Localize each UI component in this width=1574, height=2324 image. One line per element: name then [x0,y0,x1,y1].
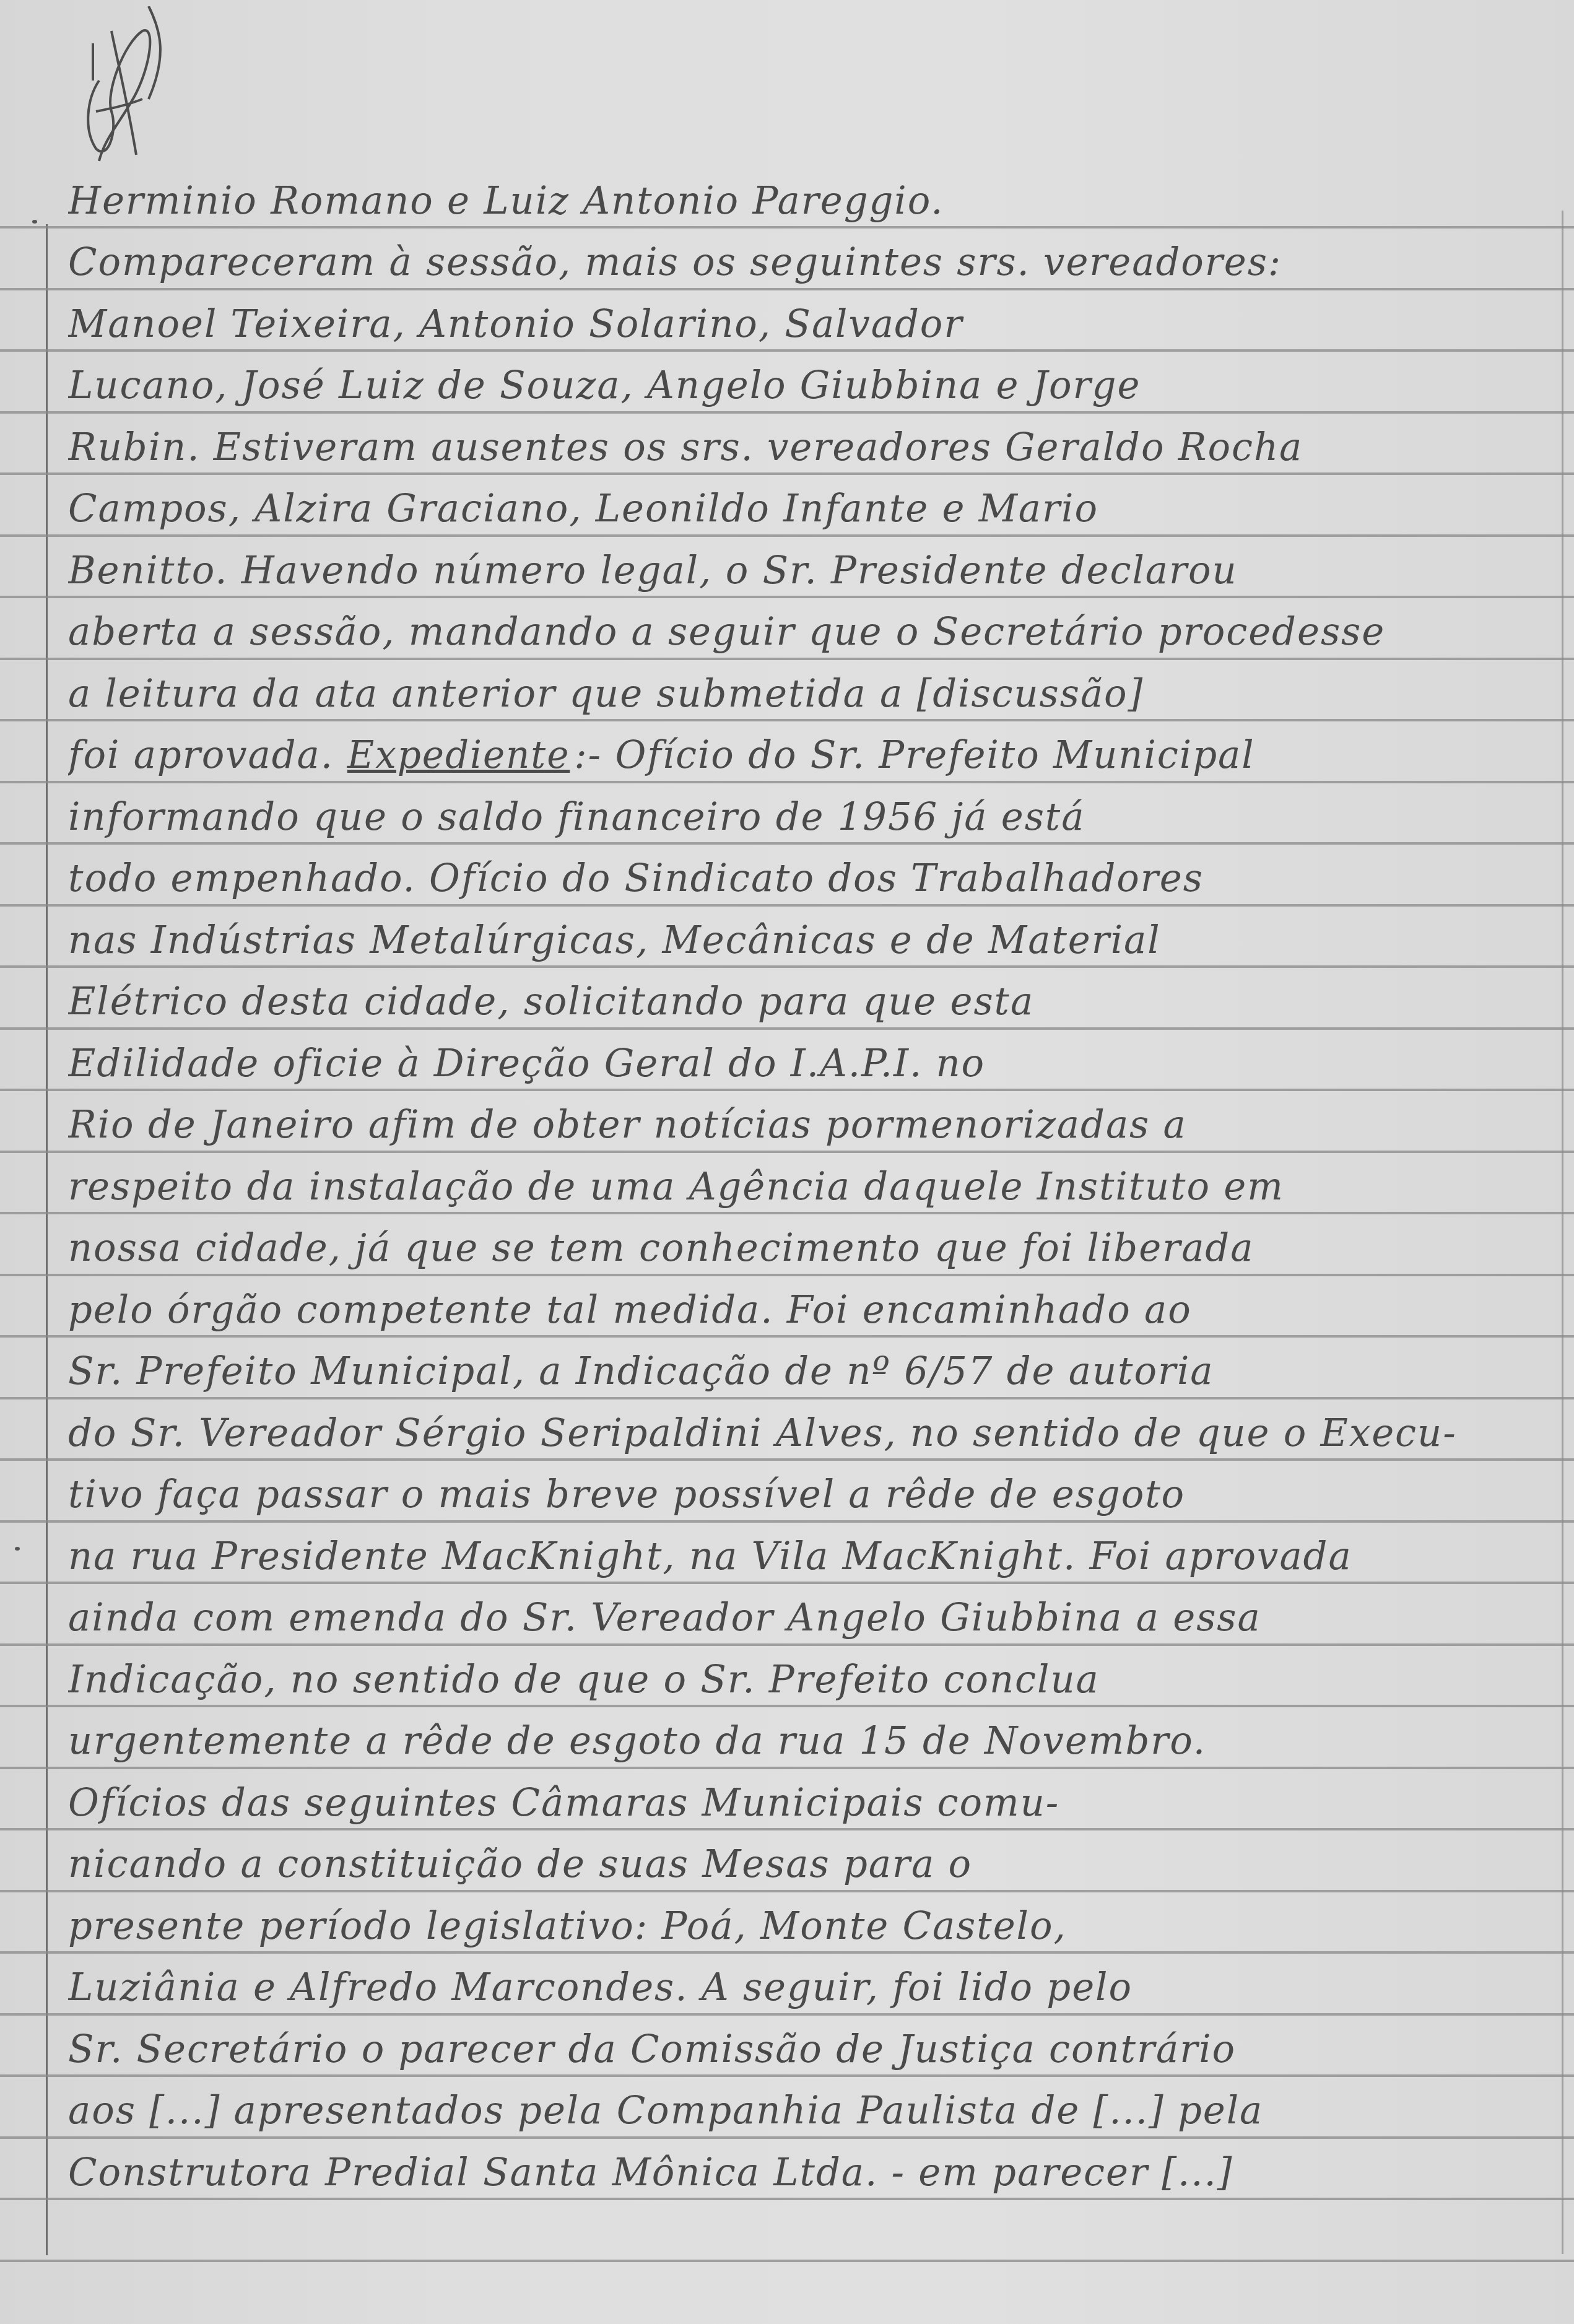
line-text: do Sr. Vereador Sérgio Seripaldini Alves… [68,1410,1457,1455]
line-text: Sr. Prefeito Municipal, a Indicação de n… [68,1348,1214,1393]
manuscript-line: Edilidade oficie à Direção Geral do I.A.… [68,1027,1554,1089]
line-text: pelo órgão competente tal medida. Foi en… [68,1287,1192,1332]
manuscript-line: Sr. Secretário o parecer da Comissão de … [68,2013,1554,2075]
line-text: Edilidade oficie à Direção Geral do I.A.… [68,1040,985,1086]
manuscript-line: Compareceram à sessão, mais os seguintes… [68,226,1554,288]
margin-mark [32,220,37,224]
manuscript-line: Rio de Janeiro afim de obter notícias po… [68,1089,1554,1151]
manuscript-line: Rubin. Estiveram ausentes os srs. veread… [68,411,1554,473]
manuscript-line: tivo faça passar o mais breve possível a… [68,1458,1554,1520]
line-text: Sr. Secretário o parecer da Comissão de … [68,2026,1236,2071]
line-text: Herminio Romano e Luiz Antonio Pareggio. [68,178,944,223]
line-text: a leitura da ata anterior que submetida … [68,671,1144,716]
manuscript-line: Manoel Teixeira, Antonio Solarino, Salva… [68,288,1554,350]
line-text: Elétrico desta cidade, solicitando para … [68,978,1034,1024]
signature-flourish-icon [74,6,173,180]
line-text: aos [...] apresentados pela Companhia Pa… [68,2087,1263,2133]
line-text: respeito da instalação de uma Agência da… [68,1164,1284,1209]
line-text: na rua Presidente MacKnight, na Vila Mac… [68,1533,1352,1578]
line-text: ainda com emenda do Sr. Vereador Angelo … [68,1595,1261,1640]
line-text: Luziânia e Alfredo Marcondes. A seguir, … [68,1964,1133,2009]
manuscript-line: urgentemente a rêde de esgoto da rua 15 … [68,1705,1554,1767]
manuscript-line: a leitura da ata anterior que submetida … [68,658,1554,720]
line-text: Compareceram à sessão, mais os seguintes… [68,239,1282,284]
line-text: nas Indústrias Metalúrgicas, Mecânicas e… [68,917,1161,962]
manuscript-line: nicando a constituição de suas Mesas par… [68,1828,1554,1890]
manuscript-line: foi aprovada. Expediente:- Ofício do Sr.… [68,719,1554,781]
line-text: Campos, Alzira Graciano, Leonildo Infant… [68,485,1098,531]
line-text: todo empenhado. Ofício do Sindicato dos … [68,855,1204,900]
manuscript-line: respeito da instalação de uma Agência da… [68,1151,1554,1212]
manuscript-line: ainda com emenda do Sr. Vereador Angelo … [68,1582,1554,1643]
line-text: informando que o saldo financeiro de 195… [68,794,1085,839]
manuscript-line: todo empenhado. Ofício do Sindicato dos … [68,842,1554,904]
line-text: Construtora Predial Santa Mônica Ltda. -… [68,2149,1233,2195]
line-text: tivo faça passar o mais breve possível a… [68,1471,1185,1517]
ruling-line [0,2198,1574,2200]
manuscript-line: Sr. Prefeito Municipal, a Indicação de n… [68,1335,1554,1397]
line-text: Rubin. Estiveram ausentes os srs. veread… [68,424,1303,469]
line-text: Indicação, no sentido de que o Sr. Prefe… [68,1656,1100,1702]
manuscript-line: Herminio Romano e Luiz Antonio Pareggio. [68,165,1554,227]
line-text: aberta a sessão, mandando a seguir que o… [68,609,1385,654]
manuscript-line: Luziânia e Alfredo Marcondes. A seguir, … [68,1951,1554,2013]
manuscript-line: aberta a sessão, mandando a seguir que o… [68,596,1554,658]
section-heading-expediente: Expediente [347,732,570,777]
manuscript-line: nas Indústrias Metalúrgicas, Mecânicas e… [68,904,1554,966]
manuscript-line: Lucano, José Luiz de Souza, Angelo Giubb… [68,349,1554,411]
line-text: presente período legislativo: Poá, Monte… [68,1903,1067,1948]
manuscript-line: Construtora Predial Santa Mônica Ltda. -… [68,2136,1554,2198]
line-text: nicando a constituição de suas Mesas par… [68,1841,972,1886]
manuscript-line: Ofícios das seguintes Câmaras Municipais… [68,1767,1554,1829]
left-margin-line [46,224,48,2255]
manuscript-line: Benitto. Havendo número legal, o Sr. Pre… [68,534,1554,596]
line-text: Manoel Teixeira, Antonio Solarino, Salva… [68,301,963,346]
manuscript-line: Indicação, no sentido de que o Sr. Prefe… [68,1643,1554,1705]
manuscript-line: Campos, Alzira Graciano, Leonildo Infant… [68,472,1554,534]
manuscript-line: aos [...] apresentados pela Companhia Pa… [68,2074,1554,2136]
line-text: Benitto. Havendo número legal, o Sr. Pre… [68,547,1238,593]
line-text: Lucano, José Luiz de Souza, Angelo Giubb… [68,362,1141,407]
margin-mark [15,1547,20,1551]
line-text: Rio de Janeiro afim de obter notícias po… [68,1102,1187,1147]
manuscript-line: informando que o saldo financeiro de 195… [68,781,1554,843]
manuscript-line: na rua Presidente MacKnight, na Vila Mac… [68,1520,1554,1582]
manuscript-line: do Sr. Vereador Sérgio Seripaldini Alves… [68,1397,1554,1459]
line-text: foi aprovada. Expediente:- Ofício do Sr.… [68,732,1255,777]
line-text: nossa cidade, já que se tem conhecimento… [68,1225,1254,1270]
manuscript-line: nossa cidade, já que se tem conhecimento… [68,1212,1554,1274]
line-text: Ofícios das seguintes Câmaras Municipais… [68,1780,1059,1825]
manuscript-line: pelo órgão competente tal medida. Foi en… [68,1274,1554,1336]
manuscript-line: presente período legislativo: Poá, Monte… [68,1890,1554,1952]
manuscript-line: Elétrico desta cidade, solicitando para … [68,965,1554,1027]
line-text: urgentemente a rêde de esgoto da rua 15 … [68,1718,1206,1763]
right-margin-line [1562,211,1563,2254]
ledger-page: Herminio Romano e Luiz Antonio Pareggio.… [0,0,1574,2324]
ruling-line [0,2260,1574,2262]
